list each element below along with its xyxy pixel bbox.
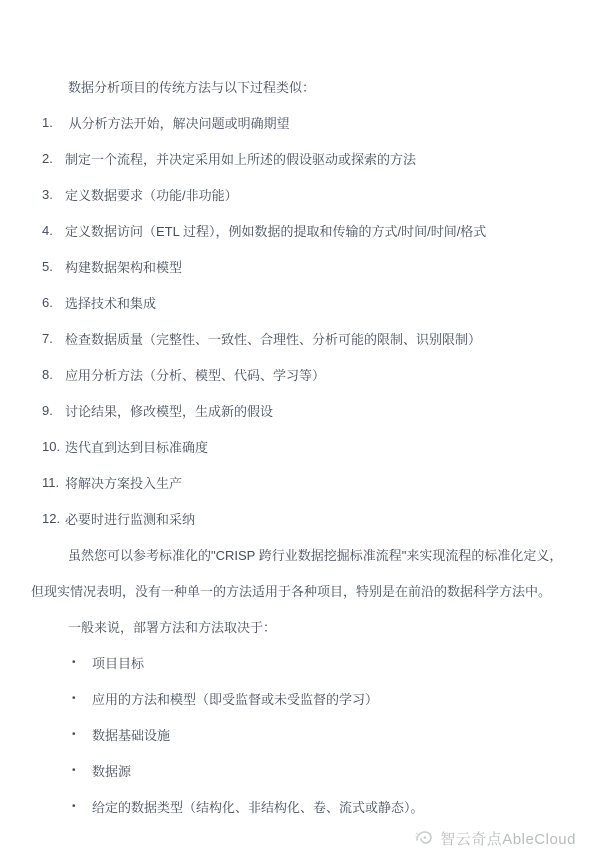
ablecloud-logo-icon	[413, 827, 435, 849]
bullet-item: • 数据基础设施	[31, 716, 563, 752]
list-item-text: 迭代直到达到目标准确度	[65, 437, 208, 456]
list-item-text: 将解决方案投入生产	[65, 473, 182, 492]
paragraph-text: 一般来说，部署方法和方法取决于：	[68, 617, 276, 636]
list-item: 9. 讨论结果，修改模型，生成新的假设	[31, 392, 563, 428]
list-item-number: 4.	[42, 223, 65, 238]
bullet-icon: •	[72, 657, 92, 668]
list-item: 12. 必要时进行监测和采纳	[31, 500, 563, 536]
list-item-number: 8.	[42, 367, 65, 382]
watermark: 智云奇点AbleCloud	[413, 827, 576, 849]
document-body: 数据分析项目的传统方法与以下过程类似： 1. 从分析方法开始，解决问题或明确期望…	[0, 0, 593, 824]
list-item: 3. 定义数据要求（功能/非功能）	[31, 176, 563, 212]
paragraph-text: 但现实情况表明，没有一种单一的方法适用于各种项目，特别是在前沿的数据科学方法中。	[31, 581, 551, 600]
list-item-text: 制定一个流程，并决定采用如上所述的假设驱动或探索的方法	[65, 149, 416, 168]
list-item-number: 6.	[42, 295, 65, 310]
intro-paragraph: 数据分析项目的传统方法与以下过程类似：	[31, 68, 563, 104]
list-item-text: 检查数据质量（完整性、一致性、合理性、分析可能的限制、识别限制）	[65, 329, 481, 348]
paragraph-line: 但现实情况表明，没有一种单一的方法适用于各种项目，特别是在前沿的数据科学方法中。	[31, 572, 563, 608]
list-item: 10. 迭代直到达到目标准确度	[31, 428, 563, 464]
list-item-number: 5.	[42, 259, 65, 274]
bullet-item: • 应用的方法和模型（即受监督或未受监督的学习）	[31, 680, 563, 716]
list-item: 7. 检查数据质量（完整性、一致性、合理性、分析可能的限制、识别限制）	[31, 320, 563, 356]
list-item: 5. 构建数据架构和模型	[31, 248, 563, 284]
list-item-number: 10.	[42, 439, 65, 454]
list-item: 4. 定义数据访问（ETL 过程），例如数据的提取和传输的方式/时间/时间/格式	[31, 212, 563, 248]
list-item-number: 1.	[42, 115, 65, 130]
list-item-text: 应用分析方法（分析、模型、代码、学习等）	[65, 365, 325, 384]
bullet-item: • 给定的数据类型（结构化、非结构化、卷、流式或静态）。	[31, 788, 563, 824]
bullet-item-text: 项目目标	[92, 653, 144, 672]
list-item-text: 定义数据访问（ETL 过程），例如数据的提取和传输的方式/时间/时间/格式	[65, 221, 486, 240]
list-item: 2. 制定一个流程，并决定采用如上所述的假设驱动或探索的方法	[31, 140, 563, 176]
bullet-icon: •	[72, 693, 92, 704]
list-item-text: 必要时进行监测和采纳	[65, 509, 195, 528]
list-item-text: 讨论结果，修改模型，生成新的假设	[65, 401, 273, 420]
bullet-icon: •	[72, 765, 92, 776]
bullet-item-text: 数据基础设施	[92, 725, 170, 744]
bullet-item-text: 给定的数据类型（结构化、非结构化、卷、流式或静态）。	[92, 797, 424, 816]
bullet-item-text: 应用的方法和模型（即受监督或未受监督的学习）	[92, 689, 378, 708]
list-item-number: 7.	[42, 331, 65, 346]
list-item: 11. 将解决方案投入生产	[31, 464, 563, 500]
list-item-number: 2.	[42, 151, 65, 166]
paragraph-line: 虽然您可以参考标准化的"CRISP 跨行业数据挖掘标准流程"来实现流程的标准化定…	[31, 536, 563, 572]
list-item-text: 定义数据要求（功能/非功能）	[65, 185, 238, 204]
bullet-item: • 项目目标	[31, 644, 563, 680]
bullet-icon: •	[72, 729, 92, 740]
list-item: 1. 从分析方法开始，解决问题或明确期望	[31, 104, 563, 140]
watermark-brand-text: 智云奇点AbleCloud	[440, 828, 576, 849]
list-item: 6. 选择技术和集成	[31, 284, 563, 320]
list-item: 8. 应用分析方法（分析、模型、代码、学习等）	[31, 356, 563, 392]
bullet-icon: •	[72, 801, 92, 812]
list-item-text: 构建数据架构和模型	[65, 257, 182, 276]
list-item-number: 11.	[42, 475, 65, 490]
list-item-number: 9.	[42, 403, 65, 418]
paragraph-text: 虽然您可以参考标准化的"CRISP 跨行业数据挖掘标准流程"来实现流程的标准化定…	[68, 545, 562, 564]
paragraph-line: 一般来说，部署方法和方法取决于：	[31, 608, 563, 644]
list-item-number: 12.	[42, 511, 65, 526]
bullet-item: • 数据源	[31, 752, 563, 788]
list-item-text: 选择技术和集成	[65, 293, 156, 312]
intro-text: 数据分析项目的传统方法与以下过程类似：	[68, 77, 315, 96]
bullet-item-text: 数据源	[92, 761, 131, 780]
page: { "page": { "background": "#ffffff", "te…	[0, 0, 593, 862]
list-item-number: 3.	[42, 187, 65, 202]
list-item-text: 从分析方法开始，解决问题或明确期望	[65, 113, 290, 132]
